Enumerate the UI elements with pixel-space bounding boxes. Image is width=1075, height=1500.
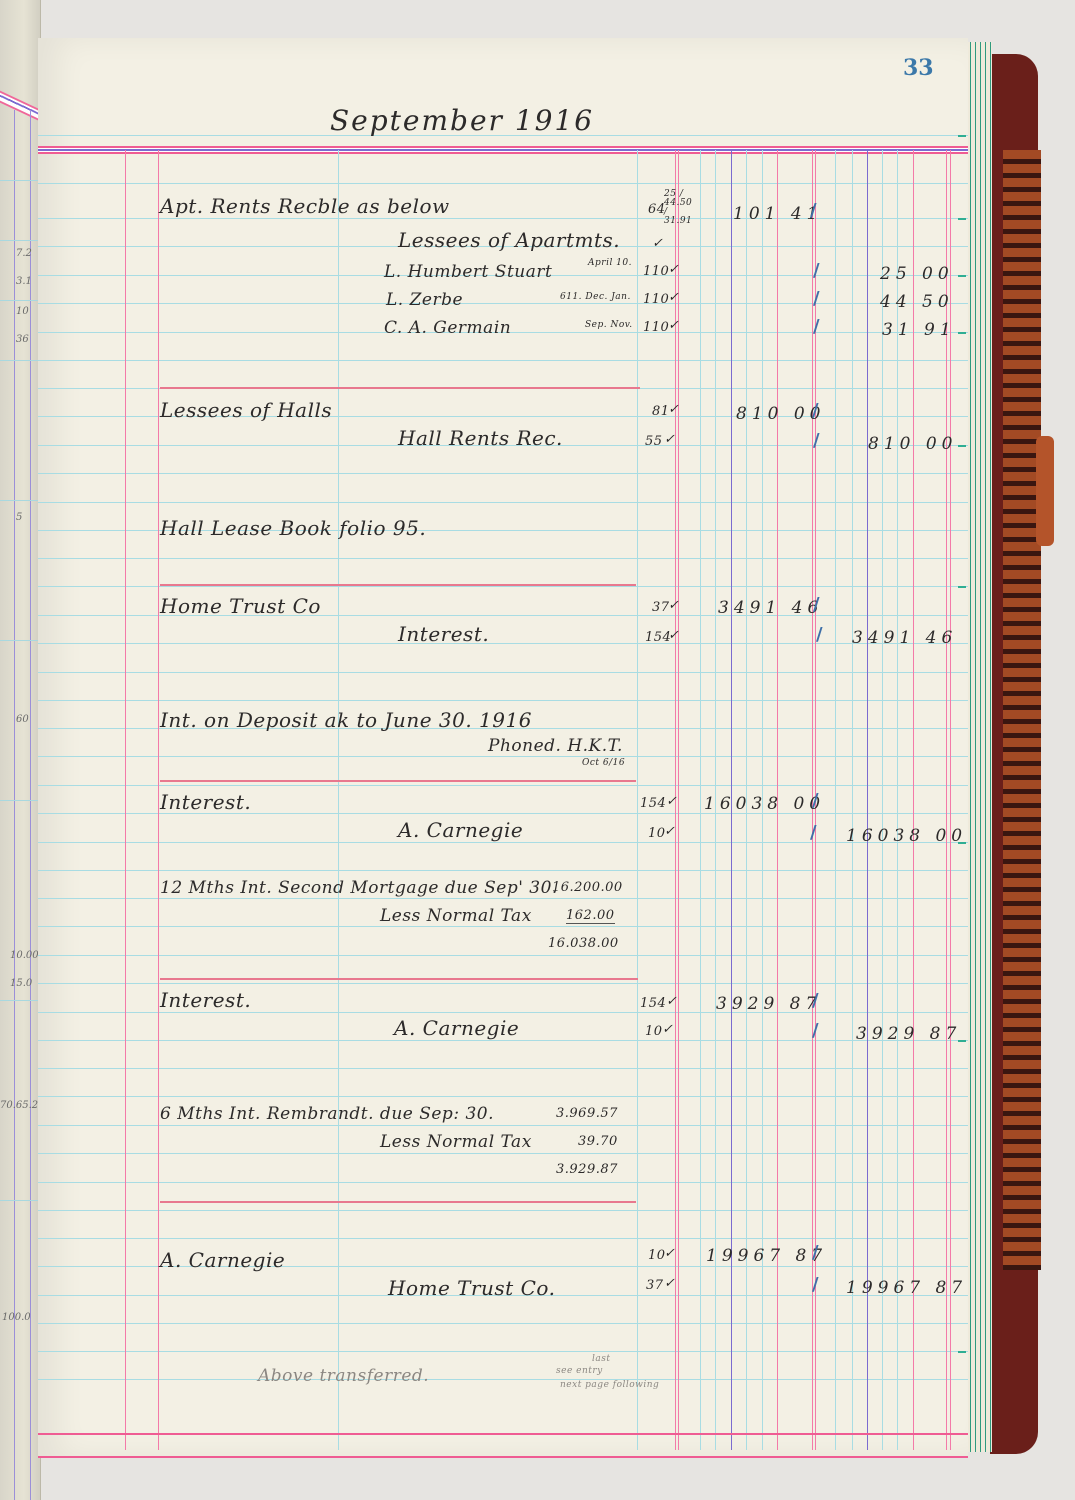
rule-line <box>38 870 968 871</box>
entry-4-credit-amount: 16038 00 <box>846 826 967 846</box>
entry-1-folio-note: 25 / 44.50 / 31.91 <box>664 190 694 226</box>
posting-mark: / <box>812 790 819 811</box>
entry-1-credit-account: L. Humbert Stuart <box>384 262 552 282</box>
footer-transferred-note: Above transferred. <box>258 1366 429 1386</box>
check-mark: ✓ <box>652 236 663 251</box>
rule-line <box>38 1379 968 1380</box>
left-margin-figure: 15.0 <box>10 978 32 989</box>
entry-2-credit-folio: 55 <box>645 434 663 449</box>
entry-1-credit-account: L. Zerbe <box>386 290 463 310</box>
left-page-rule <box>0 800 40 801</box>
margin-line <box>158 150 159 1450</box>
entry-3-memo-date: Oct 6/16 <box>582 758 625 768</box>
entry-6-debit-folio: 10 <box>648 1248 666 1263</box>
left-page-rule <box>0 640 40 641</box>
column-line <box>835 150 836 1450</box>
left-page-rule <box>0 360 40 361</box>
entry-4-memo: 12 Mths Int. Second Mortgage due Sep' 30… <box>160 878 558 898</box>
entry-1-credit-amount: 25 00 <box>880 264 954 284</box>
column-line <box>897 150 898 1450</box>
margin-tick <box>958 445 966 447</box>
posting-mark: / <box>813 430 820 451</box>
left-margin-figure: 70.65.20 <box>0 1100 41 1111</box>
rule-line <box>38 842 968 843</box>
footer-rule <box>38 1433 968 1435</box>
entry-3-memo-phoned: Phoned. H.K.T. <box>488 736 623 756</box>
rule-line <box>38 1210 968 1211</box>
entry-4-credit-folio: 10 <box>648 826 666 841</box>
entry-4-debit-amount: 16038 00 <box>704 794 825 814</box>
credit-end-line <box>950 150 951 1450</box>
entry-4-memo-figure: 162.00 <box>566 908 615 924</box>
entry-separator <box>160 780 636 782</box>
thousands-line <box>867 150 868 1450</box>
rule-line <box>38 983 968 984</box>
rule-line <box>38 1012 968 1013</box>
left-page-rule <box>0 180 40 181</box>
pencil-note-line: last <box>592 1354 610 1364</box>
entry-3-debit-amount: 3491 46 <box>718 598 823 618</box>
rule-line <box>38 785 968 786</box>
left-margin-figure: 100.0 <box>2 1312 31 1323</box>
rule-line <box>38 1153 968 1154</box>
entry-2-debit-folio: 81 <box>652 404 670 419</box>
entry-4-debit-folio: 154 <box>640 796 666 811</box>
posting-mark: / <box>813 316 820 337</box>
left-page-column-line <box>30 110 31 1500</box>
book-cover-tear <box>1036 436 1054 546</box>
entry-6-debit-amount: 19967 87 <box>706 1246 827 1266</box>
rule-line <box>38 1238 968 1239</box>
check-mark: ✓ <box>668 628 679 643</box>
pencil-note-line: see entry <box>556 1366 603 1376</box>
margin-tick <box>958 275 966 277</box>
entry-1-credit-account: Lessees of Apartmts. <box>398 228 620 252</box>
check-mark: ✓ <box>662 1022 673 1037</box>
entry-6-credit-folio: 37 <box>646 1278 664 1293</box>
entry-5-debit-folio: 154 <box>640 996 666 1011</box>
left-margin-figure: 7.2 <box>16 248 32 259</box>
left-page-column-line <box>14 110 15 1500</box>
posting-mark: / <box>812 1242 819 1263</box>
check-mark: ✓ <box>666 794 677 809</box>
check-mark: ✓ <box>664 1246 675 1261</box>
entry-1-credit-note: April 10. <box>588 258 632 268</box>
posting-mark: / <box>812 400 819 421</box>
check-mark: ✓ <box>668 262 679 277</box>
column-line <box>700 150 701 1450</box>
left-margin-figure: 10.00 <box>10 950 39 961</box>
left-page-rule <box>0 240 40 241</box>
check-mark: ✓ <box>664 432 675 447</box>
entry-3-credit-account: Interest. <box>398 622 489 646</box>
entry-5-credit-amount: 3929 87 <box>856 1024 961 1044</box>
entry-5-memo-tax: Less Normal Tax <box>380 1132 532 1152</box>
entry-6-debit-account: A. Carnegie <box>160 1248 285 1272</box>
entry-5-credit-account: A. Carnegie <box>394 1016 519 1040</box>
left-page-rule <box>0 300 40 301</box>
header-double-rule <box>38 146 968 155</box>
rule-line <box>38 558 968 559</box>
entry-separator <box>160 387 640 389</box>
left-page-rule <box>0 1000 40 1001</box>
rule-line <box>38 672 968 673</box>
posting-mark: / <box>810 200 817 221</box>
rule-line <box>38 1125 968 1126</box>
facing-left-page: 7.2 3.1 10 36 5 60 10.00 15.0 70.65.20 1… <box>0 0 41 1500</box>
left-margin-figure: 36 <box>16 334 29 345</box>
left-margin-figure: 5 <box>16 512 22 523</box>
entry-3-debit-folio: 37 <box>652 600 670 615</box>
entry-1-credit-folio: 110 <box>643 320 669 335</box>
page-number: 33 <box>903 55 934 81</box>
check-mark: ✓ <box>668 598 679 613</box>
entry-separator <box>160 1201 636 1203</box>
posting-mark: / <box>812 1020 819 1041</box>
column-line <box>637 150 638 1450</box>
page-heading: September 1916 <box>330 104 594 137</box>
entry-2-memo: Hall Lease Book folio 95. <box>160 516 426 540</box>
entry-2-credit-account: Hall Rents Rec. <box>398 426 563 450</box>
posting-mark: / <box>813 260 820 281</box>
margin-tick <box>958 135 966 137</box>
entry-2-credit-amount: 810 00 <box>868 434 957 454</box>
entry-4-debit-account: Interest. <box>160 790 251 814</box>
margin-tick <box>958 586 966 588</box>
entry-1-credit-folio: 110 <box>643 292 669 307</box>
check-mark: ✓ <box>668 402 679 417</box>
book-spine-ribs <box>1003 150 1041 1270</box>
entry-1-credit-amount: 44 50 <box>880 292 954 312</box>
rule-line <box>38 1351 968 1352</box>
entry-4-memo-total: 16.038.00 <box>548 936 619 951</box>
entry-2-debit-account: Lessees of Halls <box>160 398 332 422</box>
left-margin-figure: 3.1 <box>16 276 32 287</box>
posting-mark: / <box>813 594 820 615</box>
entry-separator <box>160 978 638 980</box>
rule-line <box>38 1068 968 1069</box>
entry-4-memo-tax: Less Normal Tax <box>380 906 532 926</box>
entry-1-credit-note: Sep. Nov. <box>585 320 633 330</box>
entry-1-credit-account: C. A. Germain <box>384 318 511 338</box>
rule-line <box>38 218 968 219</box>
margin-line <box>125 150 126 1450</box>
rule-line <box>38 926 968 927</box>
left-page-rule <box>0 1200 40 1201</box>
entry-5-memo-total: 3.929.87 <box>556 1162 618 1177</box>
check-mark: ✓ <box>668 318 679 333</box>
check-mark: ✓ <box>664 824 675 839</box>
entry-1-credit-amount: 31 91 <box>882 320 956 340</box>
entry-1-debit-account: Apt. Rents Recble as below <box>160 194 450 218</box>
rule-line <box>38 1096 968 1097</box>
entry-5-memo-figure: 3.969.57 <box>556 1106 618 1121</box>
rule-line <box>38 643 968 644</box>
page-stack-edge <box>968 42 992 1452</box>
entry-1-credit-folio: 110 <box>643 264 669 279</box>
entry-5-debit-account: Interest. <box>160 988 251 1012</box>
entry-6-credit-account: Home Trust Co. <box>388 1276 555 1300</box>
entry-5-memo: 6 Mths Int. Rembrandt. due Sep: 30. <box>160 1104 494 1124</box>
entry-3-credit-amount: 3491 46 <box>852 628 957 648</box>
posting-mark: / <box>812 990 819 1011</box>
rule-line <box>38 1040 968 1041</box>
credit-end-line <box>946 150 947 1450</box>
rule-line <box>38 898 968 899</box>
cents-line <box>913 150 914 1450</box>
posting-mark: / <box>812 1274 819 1295</box>
check-mark: ✓ <box>668 290 679 305</box>
rule-line <box>38 756 968 757</box>
rule-line <box>38 1323 968 1324</box>
left-margin-figure: 10 <box>16 306 29 317</box>
margin-tick <box>958 1351 966 1353</box>
entry-5-memo-figure: 39.70 <box>578 1134 618 1149</box>
column-line <box>338 150 339 1450</box>
entry-6-credit-amount: 19967 87 <box>846 1278 967 1298</box>
rule-line <box>38 955 968 956</box>
entry-4-memo-figure: 16.200.00 <box>552 880 623 895</box>
rule-line <box>38 473 968 474</box>
margin-tick <box>958 332 966 334</box>
check-mark: ✓ <box>664 1276 675 1291</box>
entry-3-debit-account: Home Trust Co <box>160 594 321 618</box>
entry-5-debit-amount: 3929 87 <box>716 994 821 1014</box>
pencil-note-line: next page following <box>560 1380 659 1390</box>
folio-column-line <box>678 150 679 1450</box>
rule-line <box>38 303 968 304</box>
rule-line <box>38 586 968 587</box>
posting-mark: / <box>810 822 817 843</box>
column-line <box>852 150 853 1450</box>
rule-line <box>38 502 968 503</box>
check-mark: ✓ <box>666 994 677 1009</box>
entry-5-credit-folio: 10 <box>645 1024 663 1039</box>
entry-separator <box>160 584 636 586</box>
entry-4-credit-account: A. Carnegie <box>398 818 523 842</box>
left-page-header-rule <box>0 91 40 122</box>
entry-1-credit-note: 611. Dec. Jan. <box>560 292 631 302</box>
left-page-rule <box>0 500 40 501</box>
rule-line <box>38 183 968 184</box>
footer-rule <box>38 1456 968 1458</box>
rule-line <box>38 1182 968 1183</box>
posting-mark: / <box>816 624 823 645</box>
entry-1-debit-folio: 64 <box>648 202 666 217</box>
margin-tick <box>958 218 966 220</box>
left-margin-figure: 60 <box>16 714 29 725</box>
posting-mark: / <box>813 288 820 309</box>
rule-line <box>38 360 968 361</box>
column-line <box>882 150 883 1450</box>
entry-3-memo: Int. on Deposit ak to June 30. 1916 <box>160 708 532 732</box>
rule-line <box>38 700 968 701</box>
